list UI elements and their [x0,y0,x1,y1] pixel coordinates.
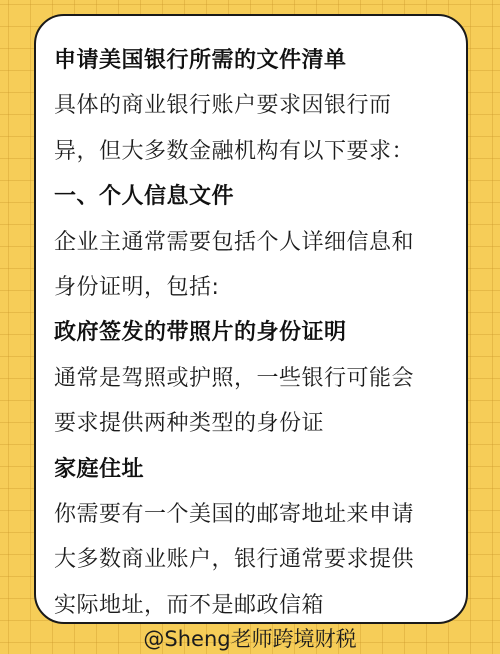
address-line-3: 实际地址，而不是邮政信箱 [54,583,448,628]
subheading-home-address: 家庭住址 [54,447,448,492]
subheading-photo-id: 政府签发的带照片的身份证明 [54,310,448,355]
address-line-1: 你需要有一个美国的邮寄地址来申请 [54,492,448,537]
photo-id-line-2: 要求提供两种类型的身份证 [54,401,448,446]
photo-id-line-1: 通常是驾照或护照，一些银行可能会 [54,356,448,401]
personal-info-line-2: 身份证明，包括: [54,265,448,310]
intro-line-1: 具体的商业银行账户要求因银行而 [54,83,448,128]
content-card: 申请美国银行所需的文件清单 具体的商业银行账户要求因银行而 异，但大多数金融机构… [34,14,468,624]
intro-line-2: 异，但大多数金融机构有以下要求： [54,129,448,174]
card-title: 申请美国银行所需的文件清单 [54,38,448,83]
personal-info-line-1: 企业主通常需要包括个人详细信息和 [54,220,448,265]
address-line-2: 大多数商业账户，银行通常要求提供 [54,537,448,582]
section-heading-personal-info: 一、个人信息文件 [54,174,448,219]
watermark: @Sheng老师跨境财税 [0,624,500,654]
